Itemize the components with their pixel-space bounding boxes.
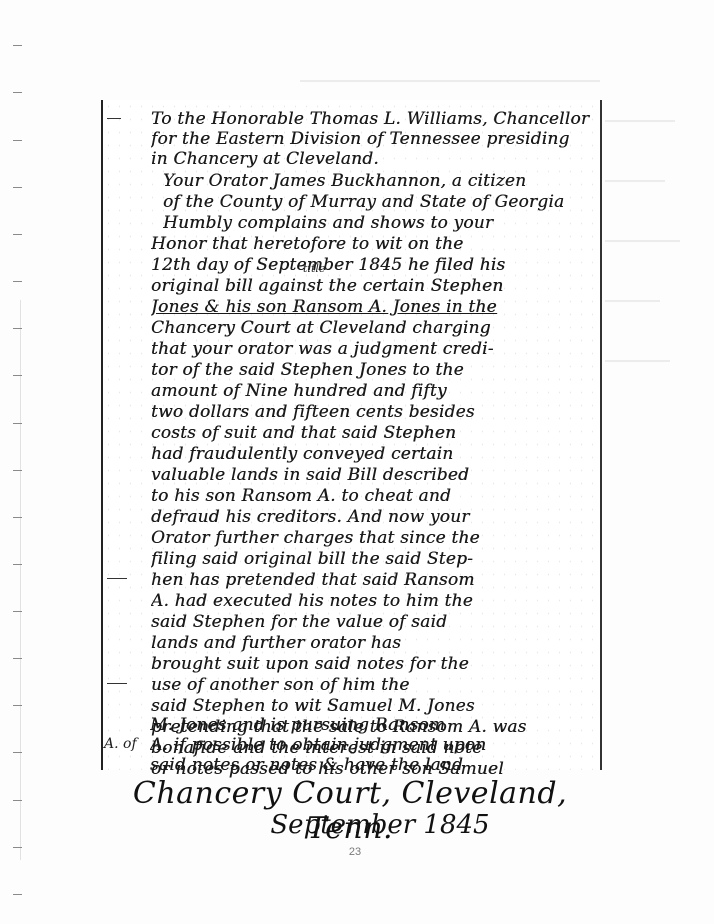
margin-note: A. of	[104, 736, 137, 752]
interlinear-insertion: title	[303, 262, 325, 275]
manuscript-line: in Chancery at Cleveland.	[151, 148, 592, 170]
handwritten-manuscript: To the Honorable Thomas L. Williams, Cha…	[101, 100, 602, 770]
manuscript-line: said Stephen for the value of said	[151, 611, 592, 633]
manuscript-line: Orator further charges that since the	[151, 527, 592, 549]
margin-tick	[13, 752, 22, 753]
margin-tick	[13, 894, 22, 895]
document-page: To the Honorable Thomas L. Williams, Cha…	[0, 0, 714, 924]
manuscript-line: costs of suit and that said Stephen	[151, 422, 592, 444]
margin-tick	[13, 611, 22, 612]
manuscript-line: use of another son of him the	[151, 674, 592, 696]
manuscript-line: that your orator was a judgment credi-	[151, 338, 592, 360]
margin-tick	[13, 658, 22, 659]
manuscript-line: valuable lands in said Bill described	[151, 464, 592, 486]
bleed-through	[300, 80, 600, 82]
manuscript-line: filing said original bill the said Step-	[151, 548, 592, 570]
page-number: 23	[340, 846, 370, 858]
margin-tick	[13, 564, 22, 565]
margin-tick	[13, 423, 22, 424]
manuscript-line: said notes or notes & have the land	[150, 754, 594, 776]
manuscript-line: to his son Ransom A. to cheat and	[151, 485, 592, 507]
manuscript-line: A. had executed his notes to him the	[151, 590, 592, 612]
bleed-through	[605, 180, 665, 182]
margin-tick	[13, 92, 22, 93]
manuscript-line: tor of the said Stephen Jones to the	[151, 359, 592, 381]
manuscript-line: Jones & his son Ransom A. Jones in the	[151, 296, 592, 318]
manuscript-line: original bill against the certain Stephe…	[151, 275, 592, 297]
manuscript-line: brought suit upon said notes for the	[151, 653, 592, 675]
manuscript-line: defraud his creditors. And now your	[151, 506, 592, 528]
margin-dash	[107, 118, 121, 119]
manuscript-line: Honor that heretofore to wit on the	[151, 233, 592, 255]
bleed-through	[605, 240, 680, 242]
margin-tick	[13, 517, 22, 518]
manuscript-line: A. if possible to obtain judgment upon	[150, 734, 594, 756]
manuscript-line: Humbly complains and shows to your	[163, 212, 592, 234]
margin-tick	[13, 470, 22, 471]
margin-dash	[107, 683, 127, 684]
margin-rail	[20, 300, 21, 860]
manuscript-line: 12th day of September 1845 he filed his	[151, 254, 592, 276]
manuscript-line: Chancery Court at Cleveland charging	[151, 317, 592, 339]
manuscript-line: Your Orator James Buckhannon, a citizen	[163, 170, 592, 192]
margin-tick	[13, 45, 22, 46]
manuscript-line: hen has pretended that said Ransom	[151, 569, 592, 591]
margin-tick	[13, 187, 22, 188]
manuscript-line: lands and further orator has	[151, 632, 592, 654]
manuscript-line: two dollars and fifteen cents besides	[151, 401, 592, 423]
margin-tick	[13, 140, 22, 141]
margin-tick	[13, 375, 22, 376]
manuscript-line: To the Honorable Thomas L. Williams, Cha…	[151, 108, 592, 130]
margin-tick	[13, 847, 22, 848]
margin-tick	[13, 800, 22, 801]
manuscript-line: had fraudulently conveyed certain	[151, 443, 592, 465]
margin-tick	[13, 281, 22, 282]
manuscript-line: M. Jones and is pursuing Ransom	[150, 714, 594, 736]
bleed-through	[605, 120, 675, 122]
margin-tick	[13, 705, 22, 706]
manuscript-line: for the Eastern Division of Tennessee pr…	[151, 128, 592, 150]
margin-dash	[107, 578, 127, 579]
bleed-through	[605, 300, 660, 302]
margin-tick	[13, 234, 22, 235]
bleed-through	[605, 360, 670, 362]
caption-date: September 1845	[140, 810, 620, 840]
manuscript-line: of the County of Murray and State of Geo…	[163, 191, 592, 213]
manuscript-line: amount of Nine hundred and fifty	[151, 380, 592, 402]
margin-tick	[13, 328, 22, 329]
